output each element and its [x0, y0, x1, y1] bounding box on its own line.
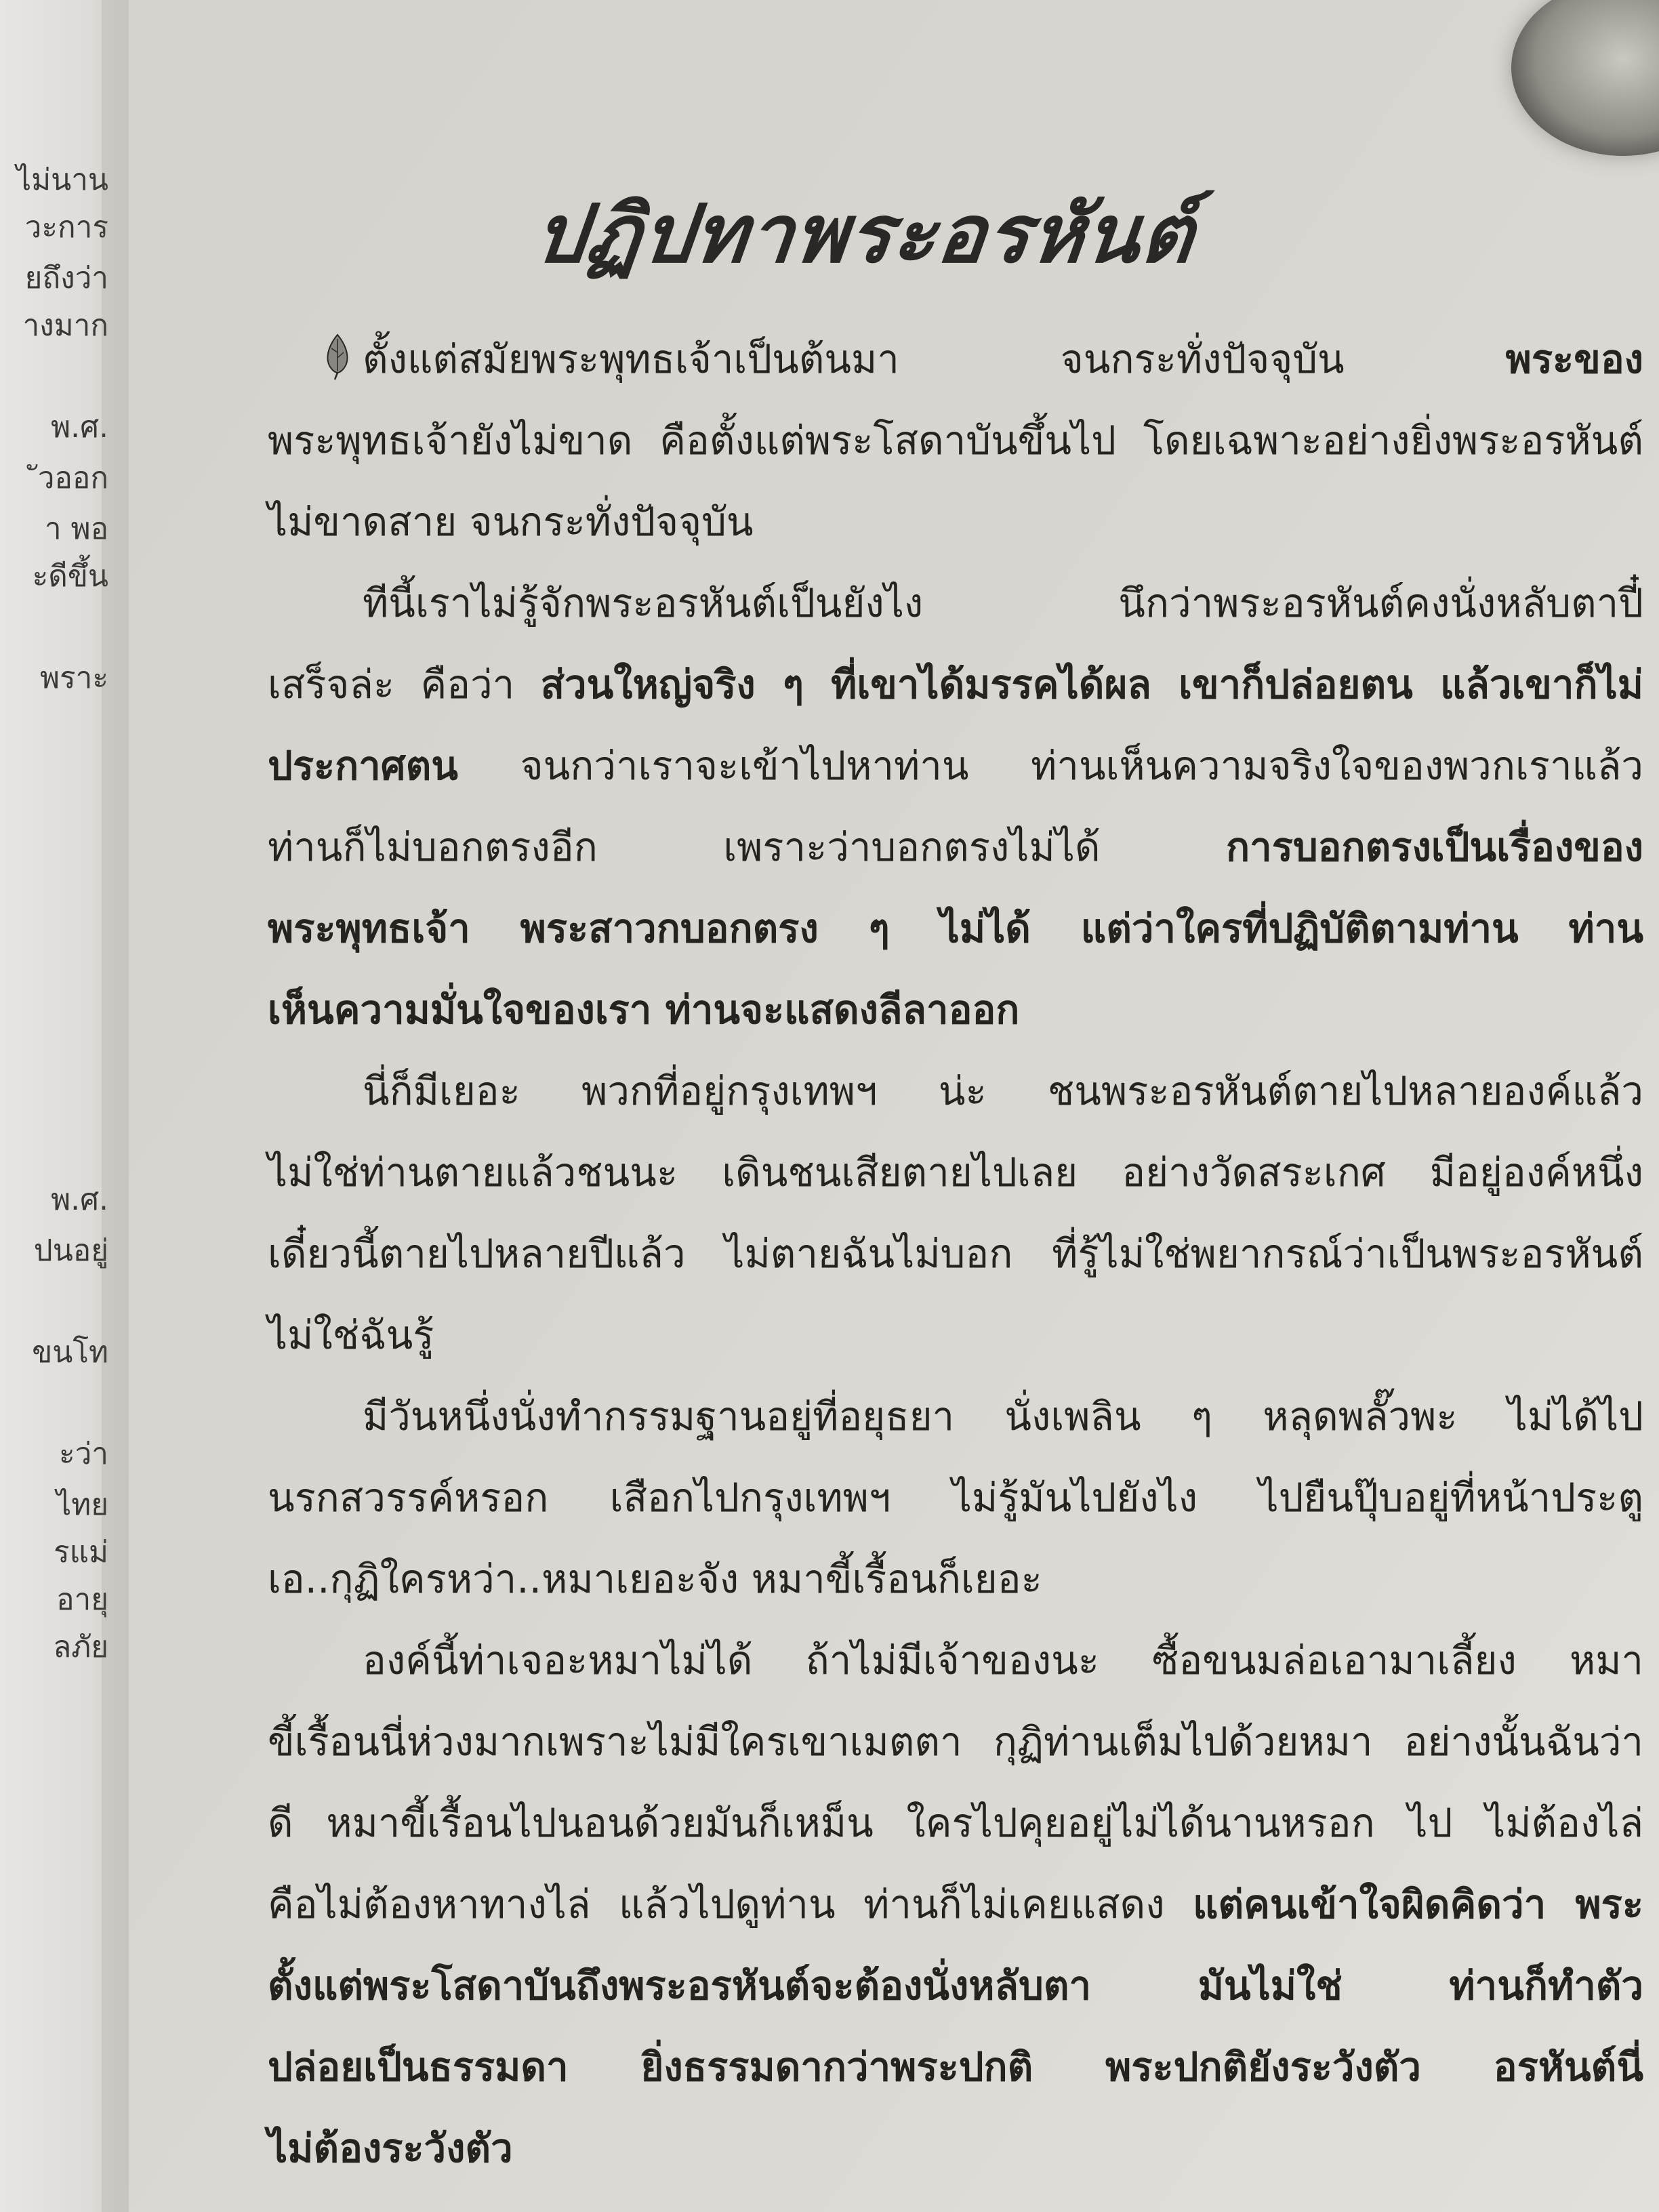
text-line: ดี หมาขี้เรื้อนไปนอนด้วยมันก็เหม็น ใครไป… — [268, 1782, 1643, 1864]
text-segment: นี่ก็มีเยอะ พวกที่อยู่กรุงเทพฯ น่ะ ชนพระ… — [363, 1068, 1643, 1114]
facing-page-text-fragment: ะดีขึ้น — [33, 552, 108, 600]
facing-page-text-fragment: ไม่นาน — [16, 156, 108, 203]
emphasized-text: ปล่อยเป็นธรรมดา ยิ่งธรรมดากว่าพระปกติ พร… — [268, 2044, 1643, 2090]
facing-page-text-fragment: วะการ — [25, 203, 108, 251]
facing-page-text-fragment: างมาก — [22, 302, 108, 349]
text-line: ทีนี้เราไม่รู้จักพระอรหันต์เป็นยังไง นึก… — [268, 562, 1643, 644]
emphasized-text: พระของ — [1506, 336, 1643, 382]
monk-portrait-image — [1511, 0, 1659, 156]
paragraph: มีวันหนึ่งนั่งทำกรรมฐานอยู่ที่อยุธยา นั่… — [268, 1376, 1643, 1620]
text-segment: เดี๋ยวนี้ตายไปหลายปีแล้ว ไม่ตายฉันไม่บอก… — [268, 1231, 1643, 1277]
text-segment: จนกว่าเราจะเข้าไปหาท่าน ท่านเห็นความจริง… — [458, 743, 1643, 789]
bodhi-leaf-icon — [322, 333, 353, 381]
emphasized-text: ประกาศตน — [268, 743, 458, 789]
text-segment: ไม่ขาดสาย จนกระทั่งปัจจุบัน — [268, 499, 754, 545]
facing-page-text-fragment: ยถึงว่า — [25, 254, 108, 302]
text-line: มีวันหนึ่งนั่งทำกรรมฐานอยู่ที่อยุธยา นั่… — [268, 1376, 1643, 1457]
text-segment: องค์นี้ท่าเจอะหมาไม่ได้ ถ้าไม่มีเจ้าของน… — [363, 1637, 1643, 1683]
emphasized-text: ส่วนใหญ่จริง ๆ ที่เขาได้มรรคได้ผล เขาก็ป… — [541, 661, 1643, 708]
emphasized-text: เห็นความมั่นใจของเรา ท่านจะแสดงลีลาออก — [268, 987, 1019, 1033]
text-segment: ดี หมาขี้เรื้อนไปนอนด้วยมันก็เหม็น ใครไป… — [268, 1800, 1643, 1846]
emphasized-text: พระพุทธเจ้า พระสาวกบอกตรง ๆ ไม่ได้ แต่ว่… — [268, 905, 1643, 951]
text-line: องค์นี้ท่าเจอะหมาไม่ได้ ถ้าไม่มีเจ้าของน… — [268, 1620, 1643, 1701]
text-line: ท่านก็ไม่บอกตรงอีก เพราะว่าบอกตรงไม่ได้ … — [268, 806, 1643, 888]
facing-page-text-fragment: รแม่ — [54, 1528, 108, 1576]
facing-page-text-fragment: พ.ศ. — [51, 403, 108, 451]
paragraph: ตั้งแต่สมัยพระพุทธเจ้าเป็นต้นมา จนกระทั่… — [268, 319, 1643, 562]
text-segment: เสร็จล่ะ คือว่า — [268, 661, 541, 708]
text-line: พระพุทธเจ้ายังไม่ขาด คือตั้งแต่พระโสดาบั… — [268, 400, 1643, 481]
text-line: นรกสวรรค์หรอก เสือกไปกรุงเทพฯ ไม่รู้มันไ… — [268, 1457, 1643, 1538]
text-line: ประกาศตน จนกว่าเราจะเข้าไปหาท่าน ท่านเห็… — [268, 725, 1643, 806]
emphasized-text: แต่คนเข้าใจผิดคิดว่า พระ — [1193, 1881, 1643, 1927]
text-line: นี่ก็มีเยอะ พวกที่อยู่กรุงเทพฯ น่ะ ชนพระ… — [268, 1050, 1643, 1132]
emphasized-text: ไม่ต้องระวังตัว — [268, 2125, 513, 2171]
text-line: คือไม่ต้องหาทางไล่ แล้วไปดูท่าน ท่านก็ไม… — [268, 1864, 1643, 1945]
facing-page-text-fragment: ขนโท — [32, 1328, 108, 1376]
body-text: ตั้งแต่สมัยพระพุทธเจ้าเป็นต้นมา จนกระทั่… — [268, 319, 1643, 2189]
text-segment: ขี้เรื้อนนี่ห่วงมากเพราะไม่มีใครเขาเมตตา… — [268, 1719, 1643, 1765]
emphasized-text: ตั้งแต่พระโสดาบันถึงพระอรหันต์จะต้องนั่ง… — [268, 1963, 1643, 2009]
text-line: ไม่ใช่ฉันรู้ — [268, 1294, 1643, 1376]
text-line: เห็นความมั่นใจของเรา ท่านจะแสดงลีลาออก — [268, 969, 1643, 1050]
text-line: ไม่ขาดสาย จนกระทั่งปัจจุบัน — [268, 481, 1643, 562]
text-segment: คือไม่ต้องหาทางไล่ แล้วไปดูท่าน ท่านก็ไม… — [268, 1881, 1193, 1927]
facing-page-text-fragment: า พอ — [45, 505, 108, 552]
text-line: ไม่ใช่ท่านตายแล้วชนนะ เดินชนเสียตายไปเลย… — [268, 1132, 1643, 1213]
text-segment: เอ..กุฏิใครหว่า..หมาเยอะจัง หมาขี้เรื้อน… — [268, 1556, 1042, 1602]
text-line: ปล่อยเป็นธรรมดา ยิ่งธรรมดากว่าพระปกติ พร… — [268, 2026, 1643, 2108]
text-segment: นรกสวรรค์หรอก เสือกไปกรุงเทพฯ ไม่รู้มันไ… — [268, 1475, 1643, 1521]
facing-page-text-fragment: ลภัย — [53, 1623, 108, 1671]
facing-page-text-fragment: อายุ — [56, 1576, 108, 1623]
facing-page-text-fragment: พ.ศ. — [51, 1176, 108, 1223]
text-line: เสร็จล่ะ คือว่า ส่วนใหญ่จริง ๆ ที่เขาได้… — [268, 644, 1643, 725]
text-segment: มีวันหนึ่งนั่งทำกรรมฐานอยู่ที่อยุธยา นั่… — [363, 1393, 1643, 1439]
facing-page-text-fragment: ปนอยู่ — [34, 1227, 108, 1274]
paragraph: องค์นี้ท่าเจอะหมาไม่ได้ ถ้าไม่มีเจ้าของน… — [268, 1620, 1643, 2189]
text-line: ตั้งแต่สมัยพระพุทธเจ้าเป็นต้นมา จนกระทั่… — [268, 319, 1643, 400]
text-line: เอ..กุฏิใครหว่า..หมาเยอะจัง หมาขี้เรื้อน… — [268, 1538, 1643, 1620]
text-line: ตั้งแต่พระโสดาบันถึงพระอรหันต์จะต้องนั่ง… — [268, 1945, 1643, 2026]
text-segment: ไม่ใช่ฉันรู้ — [268, 1312, 434, 1358]
text-segment: ท่านก็ไม่บอกตรงอีก เพราะว่าบอกตรงไม่ได้ — [268, 824, 1226, 870]
text-segment: ทีนี้เราไม่รู้จักพระอรหันต์เป็นยังไง นึก… — [363, 580, 1643, 626]
facing-page-text-fragment: ัวออก — [38, 454, 108, 501]
text-line: ขี้เรื้อนนี่ห่วงมากเพราะไม่มีใครเขาเมตตา… — [268, 1701, 1643, 1782]
text-segment: ไม่ใช่ท่านตายแล้วชนนะ เดินชนเสียตายไปเลย… — [268, 1149, 1643, 1195]
chapter-title: ปฏิปทาพระอรหันต์ — [529, 169, 1202, 297]
facing-page-text-fragment: พราะ — [40, 654, 108, 701]
facing-page-text-fragment: ไทย — [56, 1481, 108, 1528]
text-line: เดี๋ยวนี้ตายไปหลายปีแล้ว ไม่ตายฉันไม่บอก… — [268, 1213, 1643, 1294]
text-segment: พระพุทธเจ้ายังไม่ขาด คือตั้งแต่พระโสดาบั… — [268, 417, 1643, 464]
text-line: ไม่ต้องระวังตัว — [268, 2108, 1643, 2189]
text-line: พระพุทธเจ้า พระสาวกบอกตรง ๆ ไม่ได้ แต่ว่… — [268, 888, 1643, 969]
emphasized-text: การบอกตรงเป็นเรื่องของ — [1226, 824, 1643, 870]
paragraph: นี่ก็มีเยอะ พวกที่อยู่กรุงเทพฯ น่ะ ชนพระ… — [268, 1050, 1643, 1376]
paragraph: ทีนี้เราไม่รู้จักพระอรหันต์เป็นยังไง นึก… — [268, 562, 1643, 1050]
text-segment: ตั้งแต่สมัยพระพุทธเจ้าเป็นต้นมา จนกระทั่… — [363, 336, 1506, 382]
